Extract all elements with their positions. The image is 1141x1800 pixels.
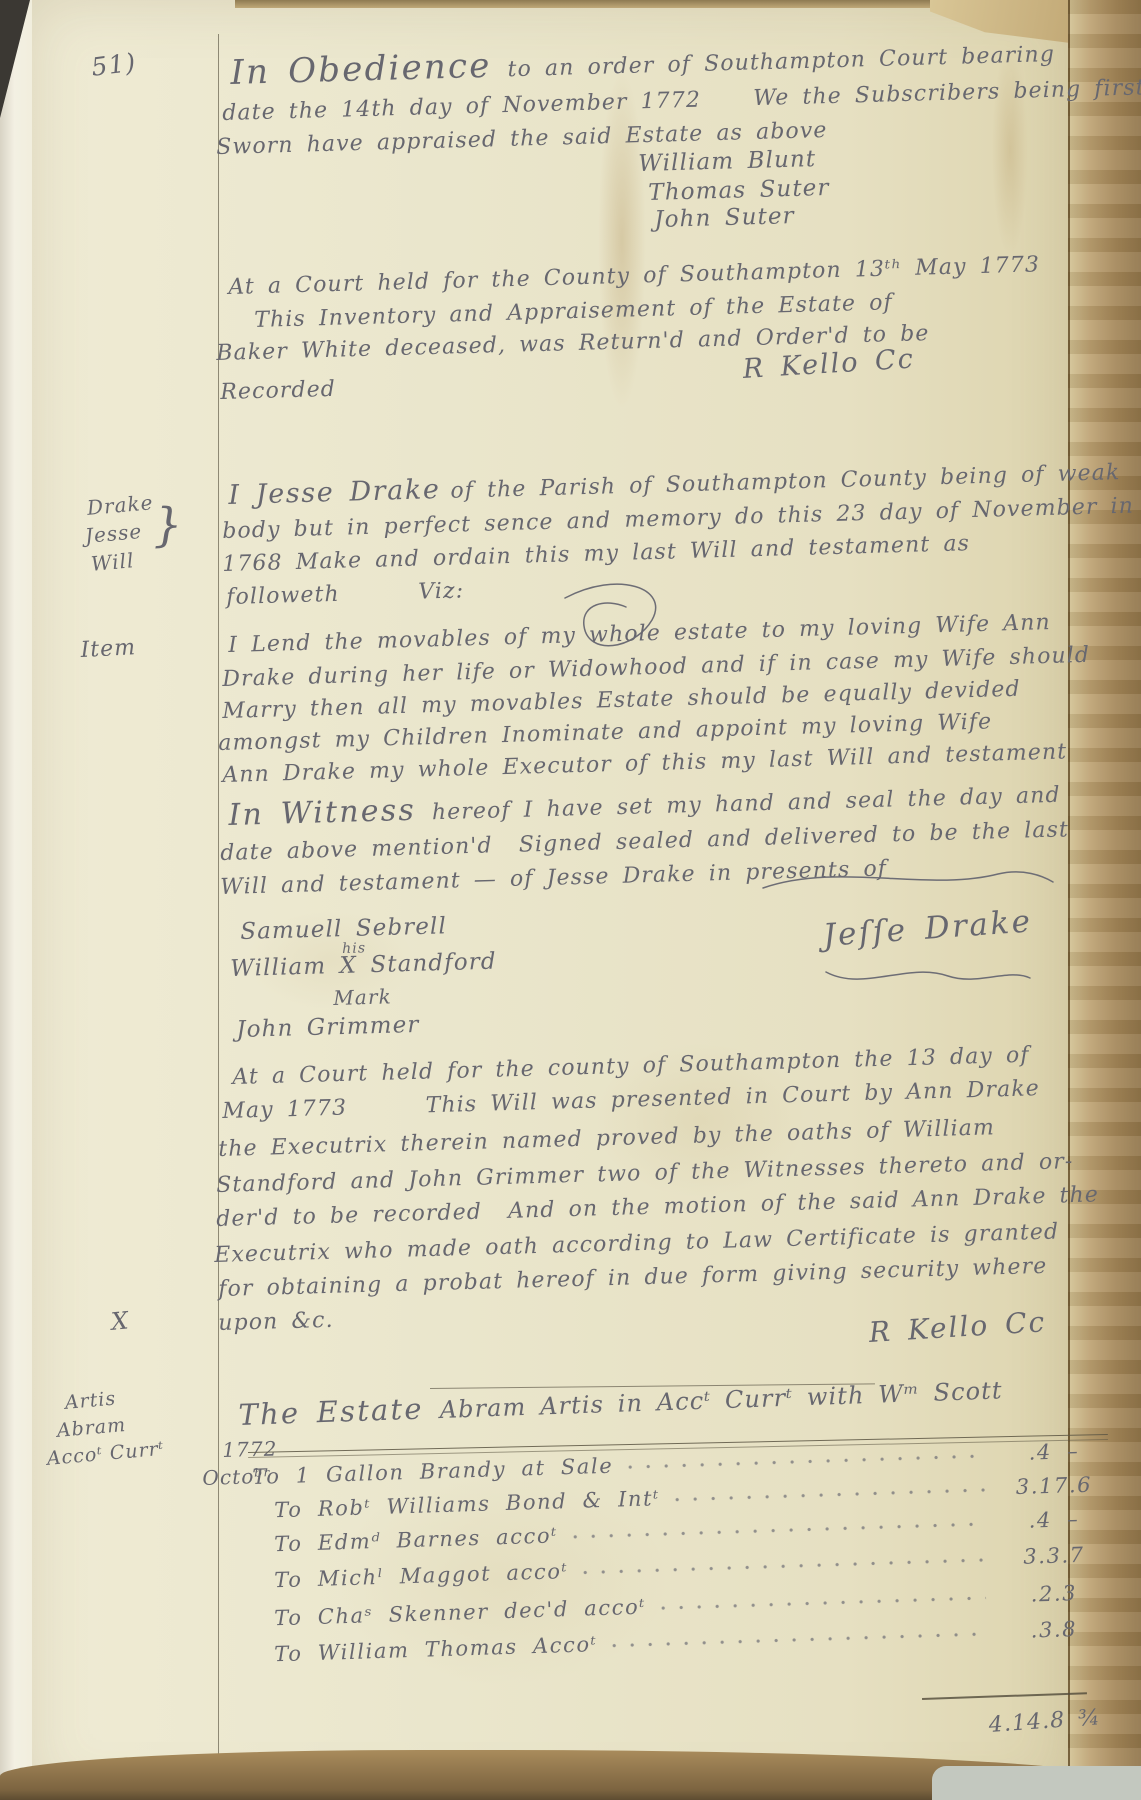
inventory-line-4: Recorded <box>220 378 336 404</box>
entry-amount: .2.3 <box>1000 1581 1109 1606</box>
entry-amount: .4 – <box>1000 1507 1109 1532</box>
margin-note-will: Will <box>90 548 135 576</box>
appraiser-signature: John Suter <box>654 204 795 232</box>
appraiser-signature: Thomas Suter <box>648 176 830 205</box>
entry-amount: 3.3.7 <box>1000 1543 1109 1568</box>
margin-note-item: Item <box>80 635 137 663</box>
margin-note-artis: Artis <box>64 1388 117 1414</box>
witness-opening-words: In Witness <box>228 792 432 833</box>
entry-amount: .4 – <box>1000 1439 1109 1464</box>
account-title-opening: The Estate <box>238 1391 440 1432</box>
probate-line-8: upon &c. <box>218 1309 334 1335</box>
page-left-edge <box>0 0 32 1800</box>
entry-amount: .3.8 <box>1000 1617 1109 1642</box>
entry-amount: 3.17.6 <box>1000 1473 1109 1498</box>
his-mark-label-bottom: Mark <box>333 986 392 1009</box>
appraiser-signature: William Blunt <box>638 147 817 176</box>
witness-name: Samuell Sebrell <box>240 914 447 944</box>
page-number: 51) <box>90 50 138 82</box>
witness-name: John Grimmer <box>236 1013 420 1042</box>
will-opening-words: I Jesse Drake <box>228 474 451 511</box>
margin-rule-line <box>218 34 219 1800</box>
margin-note-jesse: Jesse <box>84 519 143 548</box>
appraisal-opening-word: In Obedience <box>230 45 508 93</box>
margin-x-mark: X <box>110 1306 130 1335</box>
margin-brace: } <box>152 497 184 552</box>
scanner-bed-corner <box>932 1766 1141 1800</box>
